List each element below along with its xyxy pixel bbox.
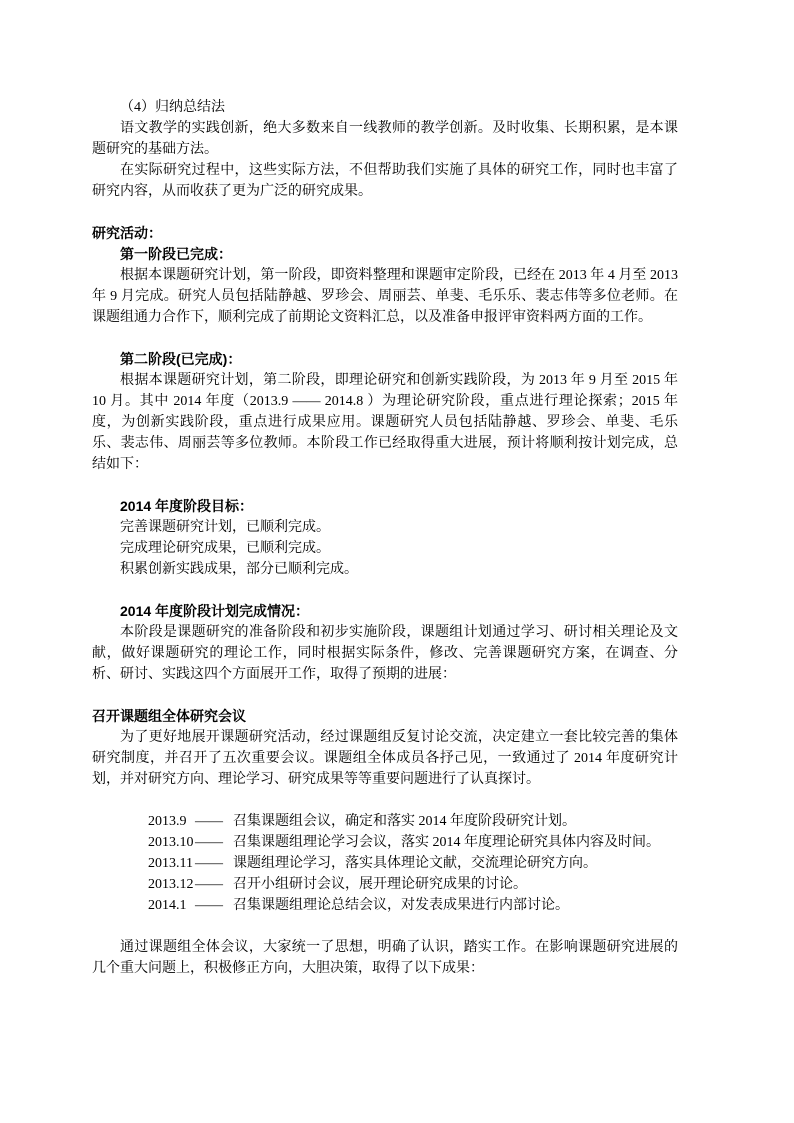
- timeline-row: 2013.11 —— 课题组理论学习，落实具体理论文献，交流理论研究方向。: [92, 853, 678, 874]
- timeline-date: 2013.10: [148, 832, 195, 853]
- stage1-heading: 第一阶段已完成：: [92, 244, 678, 265]
- activities-title: 研究活动：: [92, 223, 678, 244]
- document-content: （4）归纳总结法 语文教学的实践创新，绝大多数来自一线教师的教学创新。及时收集、…: [0, 0, 794, 979]
- timeline-text: 召集课题组会议，确定和落实 2014 年度阶段研究计划。: [233, 811, 678, 832]
- timeline-text: 召开小组研讨会议，展开理论研究成果的讨论。: [233, 874, 678, 895]
- timeline-section: 2013.9 —— 召集课题组会议，确定和落实 2014 年度阶段研究计划。 2…: [92, 811, 678, 916]
- intro-paragraph-1: 语文教学的实践创新，绝大多数来自一线教师的教学创新。及时收集、长期积累，是本课题…: [92, 118, 678, 160]
- meetings-heading: 召开课题组全体研究会议: [92, 706, 678, 727]
- timeline-date: 2013.9: [148, 811, 195, 832]
- activities-stage1-section: 研究活动： 第一阶段已完成： 根据本课题研究计划，第一阶段，即资料整理和课题审定…: [92, 223, 678, 328]
- timeline-row: 2013.10 —— 召集课题组理论学习会议，落实 2014 年度理论研究具体内…: [92, 832, 678, 853]
- stage2-body: 根据本课题研究计划，第二阶段，即理论研究和创新实践阶段，为 2013 年 9 月…: [92, 370, 678, 475]
- timeline-text: 课题组理论学习，落实具体理论文献，交流理论研究方向。: [233, 853, 678, 874]
- stage2-heading: 第二阶段(已完成)：: [92, 349, 678, 370]
- stage2-section: 第二阶段(已完成)： 根据本课题研究计划，第二阶段，即理论研究和创新实践阶段，为…: [92, 349, 678, 475]
- timeline-dash: ——: [195, 832, 233, 853]
- timeline-date: 2013.11: [148, 853, 195, 874]
- timeline-dash: ——: [195, 895, 233, 916]
- summary-section: 通过课题组全体会议，大家统一了思想，明确了认识，踏实工作。在影响课题研究进展的几…: [92, 937, 678, 979]
- goal-item-2: 完成理论研究成果，已顺利完成。: [92, 538, 678, 559]
- goals-heading: 2014 年度阶段目标：: [92, 496, 678, 517]
- timeline-dash: ——: [195, 874, 233, 895]
- document-page: （4）归纳总结法 语文教学的实践创新，绝大多数来自一线教师的教学创新。及时收集、…: [0, 0, 794, 1123]
- plan-status-section: 2014 年度阶段计划完成情况： 本阶段是课题研究的准备阶段和初步实施阶段，课题…: [92, 601, 678, 685]
- meetings-body: 为了更好地展开课题研究活动，经过课题组反复讨论交流，决定建立一套比较完善的集体研…: [92, 727, 678, 790]
- intro-heading: （4）归纳总结法: [92, 97, 678, 118]
- timeline-row: 2013.9 —— 召集课题组会议，确定和落实 2014 年度阶段研究计划。: [92, 811, 678, 832]
- goal-item-3: 积累创新实践成果，部分已顺利完成。: [92, 559, 678, 580]
- timeline-row: 2014.1 —— 召集课题组理论总结会议，对发表成果进行内部讨论。: [92, 895, 678, 916]
- intro-paragraph-2: 在实际研究过程中，这些实际方法，不但帮助我们实施了具体的研究工作，同时也丰富了研…: [92, 160, 678, 202]
- timeline-row: 2013.12 —— 召开小组研讨会议，展开理论研究成果的讨论。: [92, 874, 678, 895]
- meetings-section: 召开课题组全体研究会议 为了更好地展开课题研究活动，经过课题组反复讨论交流，决定…: [92, 706, 678, 790]
- timeline-date: 2014.1: [148, 895, 195, 916]
- timeline-text: 召集课题组理论学习会议，落实 2014 年度理论研究具体内容及时间。: [233, 832, 678, 853]
- timeline-dash: ——: [195, 853, 233, 874]
- timeline-text: 召集课题组理论总结会议，对发表成果进行内部讨论。: [233, 895, 678, 916]
- timeline-dash: ——: [195, 811, 233, 832]
- goals-section: 2014 年度阶段目标： 完善课题研究计划，已顺利完成。 完成理论研究成果，已顺…: [92, 496, 678, 580]
- plan-status-heading: 2014 年度阶段计划完成情况：: [92, 601, 678, 622]
- intro-section: （4）归纳总结法 语文教学的实践创新，绝大多数来自一线教师的教学创新。及时收集、…: [92, 97, 678, 202]
- summary-paragraph: 通过课题组全体会议，大家统一了思想，明确了认识，踏实工作。在影响课题研究进展的几…: [92, 937, 678, 979]
- plan-status-body: 本阶段是课题研究的准备阶段和初步实施阶段，课题组计划通过学习、研讨相关理论及文献…: [92, 622, 678, 685]
- goal-item-1: 完善课题研究计划，已顺利完成。: [92, 517, 678, 538]
- timeline-date: 2013.12: [148, 874, 195, 895]
- stage1-body: 根据本课题研究计划，第一阶段，即资料整理和课题审定阶段，已经在 2013 年 4…: [92, 265, 678, 328]
